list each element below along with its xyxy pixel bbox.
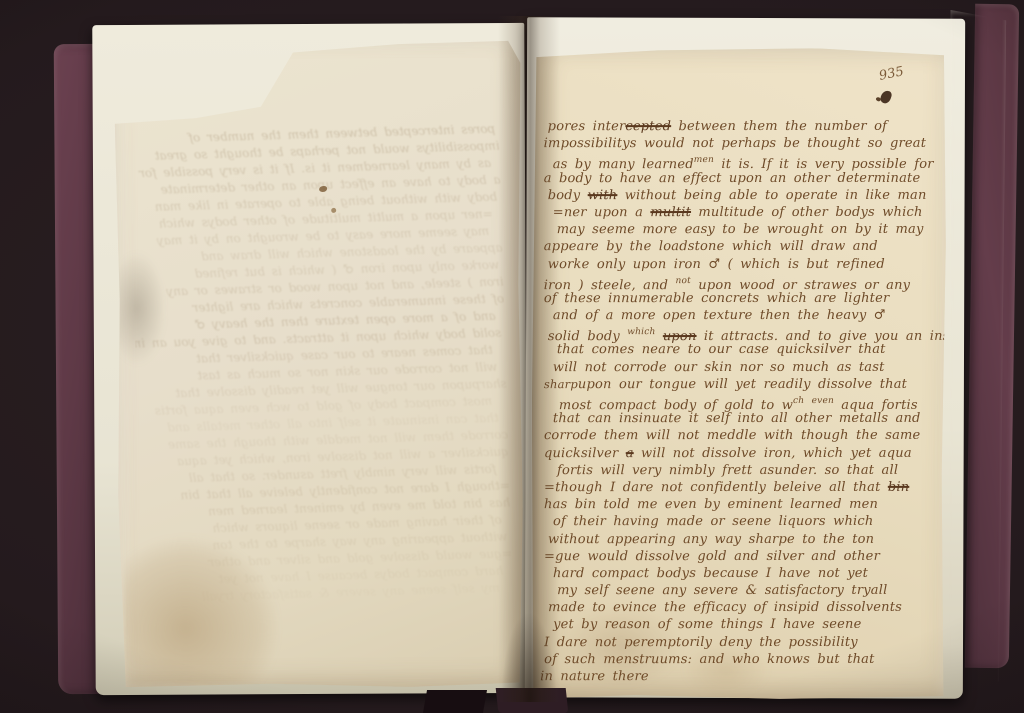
- manuscript-line: may seeme more easy to be wrought on by …: [557, 221, 942, 239]
- manuscript-photo: pores intercepted between them the numbe…: [0, 0, 1024, 713]
- manuscript-line: a body to have an effect upon an other d…: [544, 169, 942, 187]
- manuscript-line: that comes neare to our case quicksilver…: [557, 341, 942, 359]
- manuscript-line: iron ) steele, and not upon wood or stra…: [544, 273, 942, 291]
- right-page-text: pores intercepted between them the numbe…: [544, 118, 942, 686]
- manuscript-line: has bin told me even by eminent learned …: [544, 496, 942, 514]
- manuscript-line: quicksilver a will not dissolve iron, wh…: [544, 444, 942, 462]
- manuscript-line: my self seene any severe & satisfactory …: [557, 582, 942, 600]
- manuscript-line: appeare by the loadstone which will draw…: [544, 238, 942, 256]
- manuscript-line: without appearing any way sharpe to the …: [548, 530, 942, 548]
- manuscript-line: pores intercepted between them the numbe…: [548, 118, 942, 136]
- manuscript-line: hard compact bodys because I have not ye…: [553, 565, 942, 583]
- fox-spot: [331, 208, 336, 213]
- manuscript-line: fortis will very nimbly frett asunder. s…: [557, 462, 942, 480]
- manuscript-line: in nature there: [540, 668, 942, 686]
- manuscript-line: as by many learnedmen it is. If it is ve…: [553, 152, 942, 170]
- book-spine-bottom: [496, 688, 569, 713]
- book-cover-bottom-edge: [423, 690, 487, 713]
- manuscript-line: made to evince the efficacy of insipid d…: [548, 599, 942, 617]
- left-manuscript-leaf: pores intercepted between them the numbe…: [114, 37, 523, 691]
- manuscript-line: that can insinuate it self into all othe…: [553, 410, 942, 428]
- manuscript-line: body with without being able to operate …: [548, 187, 942, 205]
- manuscript-line: yet by reason of some things I have seen…: [553, 616, 942, 634]
- manuscript-line: most compact body of gold to wch even aq…: [559, 393, 942, 411]
- manuscript-line: solid body which upon it attracts. and t…: [548, 324, 942, 342]
- manuscript-line: of such menstruums: and who knows but th…: [544, 651, 942, 669]
- manuscript-line: sharpupon our tongue will yet readily di…: [544, 376, 942, 394]
- manuscript-line: I dare not peremptorily deny the possibi…: [544, 633, 942, 651]
- manuscript-line: =though I dare not confidently beleive a…: [544, 479, 942, 497]
- manuscript-line: of their having made or seene liquors wh…: [553, 513, 942, 531]
- page-number: 935: [878, 64, 905, 84]
- page-edges-fore-edge: [946, 10, 1007, 688]
- left-page-bleedthrough: pores intercepted between them the numbe…: [129, 121, 513, 608]
- manuscript-line: will not corrode our skin nor so much as…: [553, 358, 942, 376]
- right-manuscript-leaf: 935 pores intercepted between them the n…: [531, 47, 948, 702]
- stain: [123, 536, 279, 685]
- manuscript-line: =gue would dissolve gold and silver and …: [544, 548, 942, 566]
- ink-blot: [879, 89, 893, 104]
- manuscript-line: impossibilitys would not perhaps be thou…: [544, 135, 942, 153]
- manuscript-line: =ner upon a multit multitude of other bo…: [553, 204, 942, 222]
- manuscript-line: corrode them will not meddle with though…: [544, 427, 942, 445]
- manuscript-line: and of a more open texture then the heav…: [553, 307, 942, 325]
- manuscript-line: worke only upon iron ♂ ( which is but re…: [548, 255, 942, 273]
- manuscript-line: of these innumerable concrets which are …: [544, 290, 942, 308]
